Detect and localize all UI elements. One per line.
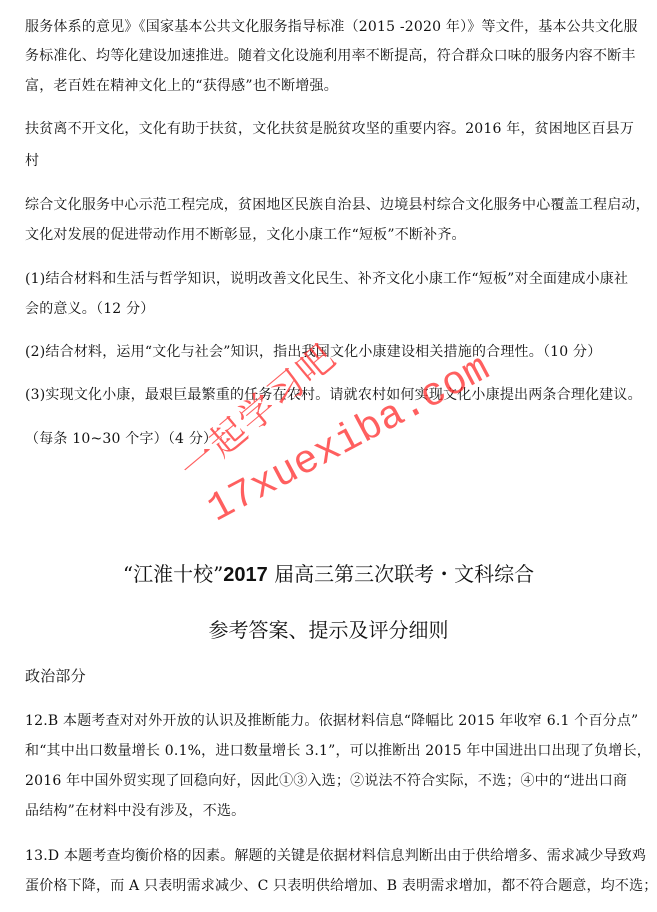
text-line: 品结构”在材料中没有涉及，不选。 xyxy=(25,802,245,820)
text-line: (1)结合材料和生活与哲学知识，说明改善文化民生、补齐文化小康工作“短板”对全面… xyxy=(25,270,628,288)
text-line: (3)实现文化小康，最艰巨最繁重的任务在农村。请就农村如何实现文化小康提出两条合… xyxy=(25,386,642,404)
answer-subtitle: 参考答案、提示及评分细则 xyxy=(0,618,657,642)
title-suffix: 届高三第三次联考・文科综合 xyxy=(268,562,534,586)
text-line: 务标准化、均等化建设加速推进。随着文化设施利用率不断提高，符合群众口味的服务内容… xyxy=(25,47,636,65)
text-line: 和“其中出口数量增长 0.1%，进口数量增长 3.1”，可以推断出 2015 年… xyxy=(25,742,651,760)
text-line: 蛋价格下降，而 A 只表明需求减少、C 只表明供给增加、B 表明需求增加，都不符… xyxy=(25,877,657,895)
text-line: （每条 10~30 个字）（4 分） xyxy=(25,430,217,448)
section-label: 政治部分 xyxy=(25,667,86,685)
title-prefix: “江淮十校” xyxy=(123,562,223,586)
text-line: 文化对发展的促进带动作用不断彰显，文化小康工作“短板”不断补齐。 xyxy=(25,226,466,244)
text-line: 村 xyxy=(25,152,39,170)
title-year: 2017 xyxy=(223,564,268,586)
text-line: 13.D 本题考查均衡价格的因素。解题的关键是依据材料信息判断出由于供给增多、需… xyxy=(25,847,646,865)
text-line: 综合文化服务中心示范工程完成，贫困地区民族自治县、边境县村综合文化服务中心覆盖工… xyxy=(25,196,650,214)
text-line: (2)结合材料，运用“文化与社会”知识，指出我国文化小康建设相关措施的合理性。（… xyxy=(25,343,601,361)
text-line: 会的意义。（12 分） xyxy=(25,300,154,318)
watermark-url: 17xuexiba.com xyxy=(201,347,498,533)
text-line: 2016 年中国外贸实现了回稳向好，因此①③入选；②说法不符合实际，不选；④中的… xyxy=(25,772,627,790)
text-line: 服务体系的意见》《国家基本公共文化服务指导标准（2015 -2020 年）》等文… xyxy=(25,18,638,36)
text-line: 扶贫离不开文化，文化有助于扶贫，文化扶贫是脱贫攻坚的重要内容。2016 年，贫困… xyxy=(25,120,634,138)
answer-title: “江淮十校”2017 届高三第三次联考・文科综合 xyxy=(0,562,657,587)
text-line: 富，老百姓在精神文化上的“获得感”也不断增强。 xyxy=(25,77,338,95)
text-line: 12.B 本题考查对对外开放的认识及推断能力。依据材料信息“降幅比 2015 年… xyxy=(25,712,638,730)
